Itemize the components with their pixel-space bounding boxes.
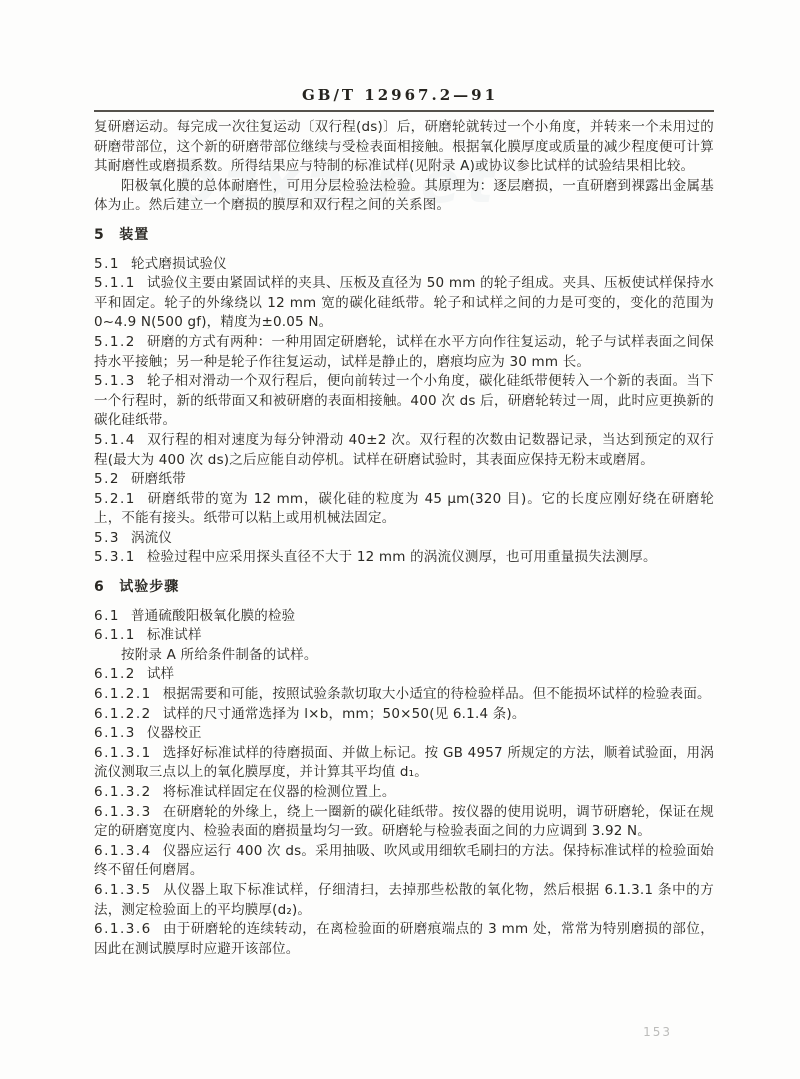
clause-number: 6.1.3.1 [94,745,163,761]
clause-6-1-3-2: 6.1.3.2将标准试样固定在仪器的检测位置上。 [94,783,714,803]
content: 复研磨运动。每完成一次往复运动〔双行程(ds)〕后，研磨轮就转过一个小角度，并转… [94,118,714,959]
clause-text: 轮子相对滑动一个双行程后，便向前转过一个小角度，碳化硅纸带便转入一个新的表面。当… [94,373,714,428]
clause-6-1-3-6: 6.1.3.6由于研磨轮的连续转动，在离检验面的研磨痕端点的 3 mm 处，常常… [94,920,714,959]
clause-number: 5.1.2 [94,334,147,350]
section-6-1: 6.1普通硫酸阳极氧化膜的检验 [94,607,714,627]
clause-number: 5.2 [94,471,131,487]
clause-number: 6.1 [94,608,131,624]
clause-6-1-3-1: 6.1.3.1选择好标准试样的待磨损面、并做上标记。按 GB 4957 所规定的… [94,744,714,783]
clause-text: 从仪器上取下标准试样，仔细清扫，去掉那些松散的氧化物，然后根据 6.1.3.1 … [94,882,714,918]
clause-text: 轮式磨损试验仪 [131,256,227,272]
page-number: 153 [643,1025,672,1039]
clause-6-1-3-4: 6.1.3.4仪器应运行 400 次 ds。采用抽吸、吹风或用细软毛刷扫的方法。… [94,842,714,881]
clause-number: 6.1.3.3 [94,804,163,820]
clause-text: 试样的尺寸通常选择为 l×b，mm；50×50(见 6.1.4 条)。 [163,706,526,722]
clause-number: 5.1 [94,256,131,272]
clause-6-1-3-5: 6.1.3.5从仪器上取下标准试样，仔细清扫，去掉那些松散的氧化物，然后根据 6… [94,881,714,920]
clause-text: 装置 [119,227,149,243]
section-5-3: 5.3涡流仪 [94,529,714,549]
clause-text: 按附录 A 所给条件制备的试样。 [121,647,318,663]
clause-text: 检验过程中应采用探头直径不大于 12 mm 的涡流仪测厚，也可用重量损失法测厚。 [147,549,657,565]
clause-number: 5.1.4 [94,432,147,448]
clause-number: 6.1.2.1 [94,686,163,702]
para-block: 按附录 A 所给条件制备的试样。 [94,646,714,666]
clause-text: 将标准试样固定在仪器的检测位置上。 [163,784,396,800]
clause-number: 6.1.3.4 [94,843,163,859]
clause-number: 6.1.2 [94,666,147,682]
clause-number: 6.1.3.5 [94,882,163,898]
clause-text: 由于研磨轮的连续转动，在离检验面的研磨痕端点的 3 mm 处，常常为特别磨损的部… [94,921,714,957]
clause-text: 根据需要和可能，按照试验条款切取大小适宜的待检验样品。但不能损坏试样的检验表面。 [163,686,711,702]
clause-5-1-2: 5.1.2研磨的方式有两种：一种用固定研磨轮，试样在水平方向作往复运动，轮子与试… [94,333,714,372]
clause-number: 5.3 [94,530,131,546]
clause-5-1-4: 5.1.4双行程的相对速度为每分钟滑动 40±2 次。双行程的次数由记数器记录，… [94,431,714,470]
clause-text: 试样 [147,666,174,682]
clause-text: 双行程的相对速度为每分钟滑动 40±2 次。双行程的次数由记数器记录，当达到预定… [94,432,714,468]
clause-text: 仪器应运行 400 次 ds。采用抽吸、吹风或用细软毛刷扫的方法。保持标准试样的… [94,843,714,879]
clause-number: 5.3.1 [94,549,147,565]
clause-5-2-1: 5.2.1研磨纸带的宽为 12 mm，碳化硅的粒度为 45 μm(320 目)。… [94,490,714,529]
clause-text: 试验步骤 [119,579,179,595]
clause-text: 仪器校正 [147,725,202,741]
clause-number: 6 [94,579,119,595]
clause-text: 涡流仪 [131,530,172,546]
clause-5-1-3: 5.1.3轮子相对滑动一个双行程后，便向前转过一个小角度，碳化硅纸带便转入一个新… [94,372,714,431]
clause-5-3-1: 5.3.1检验过程中应采用探头直径不大于 12 mm 的涡流仪测厚，也可用重量损… [94,548,714,568]
clause-5-1-1: 5.1.1试验仪主要由紧固试样的夹具、压板及直径为 50 mm 的轮子组成。夹具… [94,274,714,333]
clause-text: 复研磨运动。每完成一次往复运动〔双行程(ds)〕后，研磨轮就转过一个小角度，并转… [94,119,714,174]
clause-text: 标准试样 [147,627,202,643]
clause-text: 研磨的方式有两种：一种用固定研磨轮，试样在水平方向作往复运动，轮子与试样表面之间… [94,334,714,370]
clause-text: 在研磨轮的外缘上，绕上一圈新的碳化硅纸带。按仪器的使用说明，调节研磨轮，保证在规… [94,804,714,840]
document-page: bzxz.net GB/T 12967.2—91 复研磨运动。每完成一次往复运动… [0,0,800,1079]
clause-number: 6.1.1 [94,627,147,643]
clause-number: 6.1.2.2 [94,706,163,722]
clause-number: 6.1.3 [94,725,147,741]
clause-text: 研磨纸带 [131,471,186,487]
clause-number: 5.2.1 [94,491,147,507]
section-6-1-1: 6.1.1标准试样 [94,626,714,646]
clause-text: 普通硫酸阳极氧化膜的检验 [131,608,295,624]
section-5-2: 5.2研磨纸带 [94,470,714,490]
para-block: 阳极氧化膜的总体耐磨性，可用分层检验法检验。其原理为：逐层磨损，一直研磨到裸露出… [94,177,714,216]
header-rule [94,110,714,112]
clause-text: 试验仪主要由紧固试样的夹具、压板及直径为 50 mm 的轮子组成。夹具、压板使试… [94,275,714,330]
clause-6-1-2-1: 6.1.2.1根据需要和可能，按照试验条款切取大小适宜的待检验样品。但不能损坏试… [94,685,714,705]
clause-6-1-2-2: 6.1.2.2试样的尺寸通常选择为 l×b，mm；50×50(见 6.1.4 条… [94,705,714,725]
clause-6-1-3-3: 6.1.3.3在研磨轮的外缘上，绕上一圈新的碳化硅纸带。按仪器的使用说明，调节研… [94,803,714,842]
section-6-1-2: 6.1.2试样 [94,665,714,685]
chapter-6: 6试验步骤 [94,578,714,598]
clause-number: 5 [94,227,119,243]
section-5-1: 5.1轮式磨损试验仪 [94,255,714,275]
clause-number: 6.1.3.6 [94,921,163,937]
clause-number: 5.1.1 [94,275,147,291]
clause-number: 6.1.3.2 [94,784,163,800]
clause-number: 5.1.3 [94,373,147,389]
continuation-block: 复研磨运动。每完成一次往复运动〔双行程(ds)〕后，研磨轮就转过一个小角度，并转… [94,118,714,177]
clause-text: 选择好标准试样的待磨损面、并做上标记。按 GB 4957 所规定的方法，顺着试验… [94,745,714,781]
standard-number: GB/T 12967.2—91 [0,86,800,104]
chapter-5: 5装置 [94,226,714,246]
clause-text: 阳极氧化膜的总体耐磨性，可用分层检验法检验。其原理为：逐层磨损，一直研磨到裸露出… [94,178,714,214]
clause-text: 研磨纸带的宽为 12 mm，碳化硅的粒度为 45 μm(320 目)。它的长度应… [94,491,714,527]
section-6-1-3: 6.1.3仪器校正 [94,724,714,744]
